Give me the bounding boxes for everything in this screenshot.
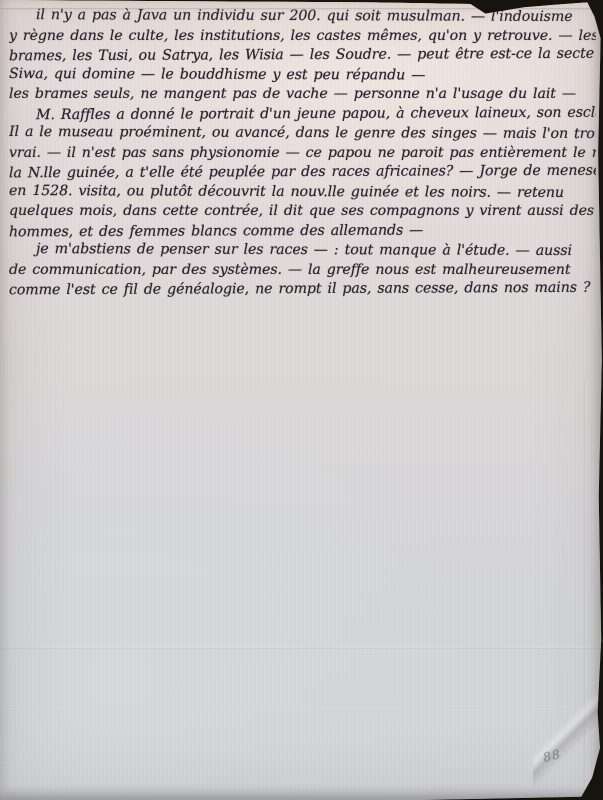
manuscript-text: il n'y a pas à Java un individu sur 200.… — [9, 7, 596, 300]
manuscript-line: comme l'est ce fil de généalogie, ne rom… — [9, 279, 596, 301]
manuscript-line: je m'abstiens de penser sur les races — … — [9, 240, 596, 262]
manuscript-line: quelques mois, dans cette contrée, il di… — [9, 202, 596, 222]
manuscript-line: hommes, et des femmes blancs comme des a… — [9, 220, 596, 242]
manuscript-line: de communication, par des systèmes. — la… — [9, 261, 596, 281]
manuscript-line: brames, les Tusi, ou Satrya, les Wisia —… — [9, 45, 596, 67]
page-number-pencil: 88 — [541, 746, 562, 765]
paper-crease — [0, 704, 603, 706]
paper-crease — [0, 646, 603, 649]
manuscript-line: en 1528. visita, ou plutôt découvrit la … — [9, 181, 596, 203]
manuscript-page: il n'y a pas à Java un individu sur 200.… — [0, 0, 603, 800]
paper-crease — [584, 380, 587, 786]
manuscript-line: il n'y a pas à Java un individu sur 200.… — [9, 6, 596, 28]
manuscript-photo: il n'y a pas à Java un individu sur 200.… — [0, 0, 603, 800]
manuscript-line: M. Raffles a donné le portrait d'un jeun… — [9, 103, 596, 125]
manuscript-line: y règne dans le culte, les institutions,… — [9, 27, 596, 47]
paper-crease — [0, 760, 362, 762]
manuscript-line: la N.lle guinée, a t'elle été peuplée pa… — [9, 162, 596, 184]
manuscript-line: Il a le museau proéminent, ou avancé, da… — [9, 123, 596, 145]
manuscript-line: vrai. — il n'est pas sans physionomie — … — [9, 144, 596, 164]
corner-fold-crease — [533, 670, 603, 800]
manuscript-line: les brames seuls, ne mangent pas de vach… — [9, 85, 596, 105]
manuscript-line: Siwa, qui domine — le bouddhisme y est p… — [9, 64, 596, 86]
